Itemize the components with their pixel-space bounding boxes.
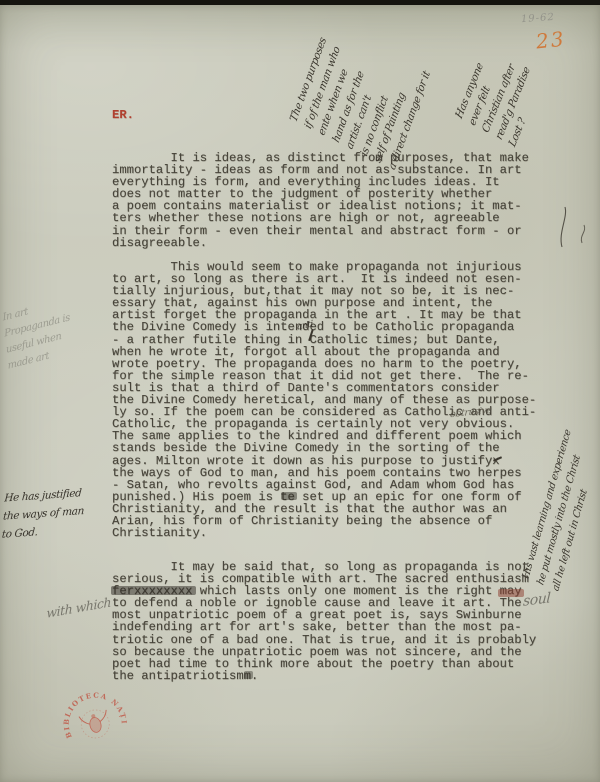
strikethrough-mark	[498, 589, 524, 597]
strikethrough-mark	[281, 492, 297, 500]
typed-initials: ER.	[112, 109, 134, 121]
ink-note-left-margin: He has justified the ways of man to God.	[1, 482, 109, 544]
typed-paragraph-2: This would seem to make propaganda not i…	[112, 261, 536, 539]
typed-paragraph-3: It may be said that, so long as propagan…	[112, 561, 536, 682]
strikethrough-mark	[244, 671, 253, 679]
strikethrough-mark	[111, 586, 196, 595]
typed-paragraph-1: It is ideas, as distinct from purposes, …	[112, 152, 529, 249]
ink-squiggle-mark	[552, 203, 594, 251]
scanned-page-photo: ER. It is ideas, as distinct from purpos…	[0, 0, 600, 782]
archive-reference: 19-62	[521, 12, 556, 25]
pencil-correction-soul: soul	[523, 590, 551, 610]
